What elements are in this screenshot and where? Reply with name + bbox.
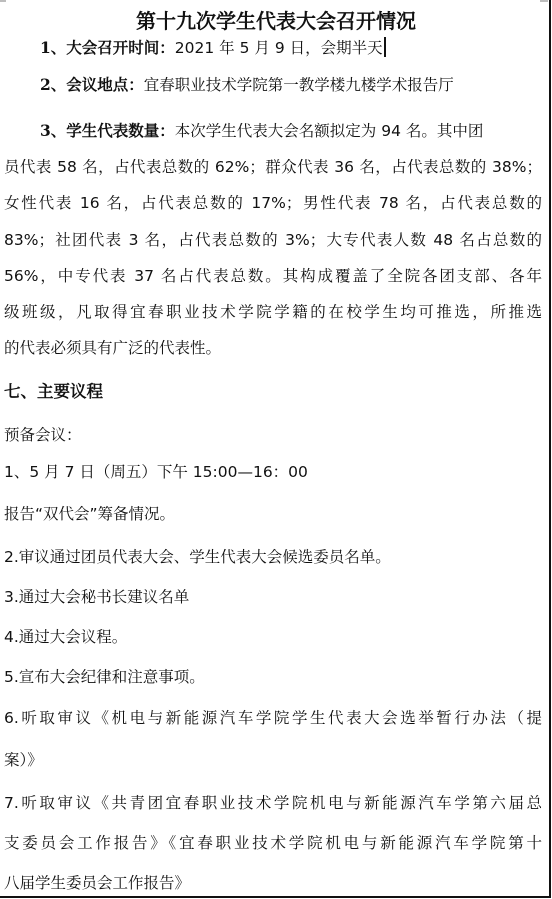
- agenda-prep-label[interactable]: 预备会议：: [4, 424, 82, 446]
- agenda-item-continued[interactable]: 支委员会工作报告》《宜春职业技术学院机电与新能源汽车学院第十: [4, 832, 542, 854]
- meeting-location-value: 宜春职业技术学院第一教学楼九楼学术报告厅: [144, 76, 454, 94]
- meeting-location-line[interactable]: 2、会议地点：宜春职业技术学院第一教学楼九楼学术报告厅: [40, 74, 454, 96]
- delegates-line-4[interactable]: 83%；社团代表 3 名，占代表总数的 3%；大专代表人数 48 名占总数的: [4, 229, 542, 251]
- delegates-line-5[interactable]: 56%，中专代表 37 名占代表总数。其构成覆盖了全院各团支部、各年: [4, 265, 542, 287]
- document-page: 第十九次学生代表大会召开情况 1、大会召开时间：2021 年 5 月 9 日，会…: [0, 0, 551, 898]
- delegates-line-7[interactable]: 的代表必须具有广泛的代表性。: [4, 337, 221, 359]
- meeting-time-line[interactable]: 1、大会召开时间：2021 年 5 月 9 日，会期半天: [40, 37, 386, 59]
- delegates-label: 3、学生代表数量：: [40, 121, 175, 140]
- agenda-item[interactable]: 6.听取审议《机电与新能源汽车学院学生代表大会选举暂行办法（提: [4, 707, 542, 729]
- agenda-heading[interactable]: 七、主要议程: [4, 381, 103, 403]
- delegates-line-3[interactable]: 女性代表 16 名，占代表总数的 17%；男性代表 78 名，占代表总数的: [4, 192, 542, 214]
- meeting-location-label: 2、会议地点：: [40, 75, 144, 94]
- page-corner-mark: [0, 0, 6, 2]
- agenda-item[interactable]: 2.审议通过团员代表大会、学生代表大会候选委员名单。: [4, 546, 391, 568]
- agenda-item[interactable]: 3.通过大会秘书长建议名单: [4, 586, 189, 608]
- delegates-line-6[interactable]: 级班级，凡取得宜春职业技术学院学籍的在校学生均可推选，所推选: [4, 301, 542, 323]
- delegates-line-1[interactable]: 3、学生代表数量：本次学生代表大会名额拟定为 94 名。其中团: [40, 120, 483, 142]
- agenda-item-continued[interactable]: 八届学生委员会工作报告》: [4, 872, 190, 894]
- agenda-item[interactable]: 4.通过大会议程。: [4, 626, 127, 648]
- delegates-line-2[interactable]: 员代表 58 名，占代表总数的 62%；群众代表 36 名，占代表总数的 38%…: [4, 156, 542, 178]
- meeting-time-label: 1、大会召开时间：: [40, 38, 175, 57]
- agenda-item[interactable]: 5.宣布大会纪律和注意事项。: [4, 666, 205, 688]
- meeting-time-value: 2021 年 5 月 9 日，会期半天: [175, 39, 383, 57]
- delegates-text: 本次学生代表大会名额拟定为 94 名。其中团: [175, 122, 484, 140]
- page-corner-mark: [540, 0, 548, 2]
- text-cursor: [384, 37, 386, 57]
- agenda-item[interactable]: 1、5 月 7 日（周五）下午 15:00—16：00: [4, 461, 308, 483]
- document-title: 第十九次学生代表大会召开情况: [0, 8, 552, 34]
- agenda-item[interactable]: 7.听取审议《共青团宜春职业技术学院机电与新能源汽车学第六届总: [4, 792, 542, 814]
- agenda-item-continued[interactable]: 案）》: [4, 749, 43, 771]
- agenda-item[interactable]: 报告“双代会”筹备情况。: [4, 503, 175, 525]
